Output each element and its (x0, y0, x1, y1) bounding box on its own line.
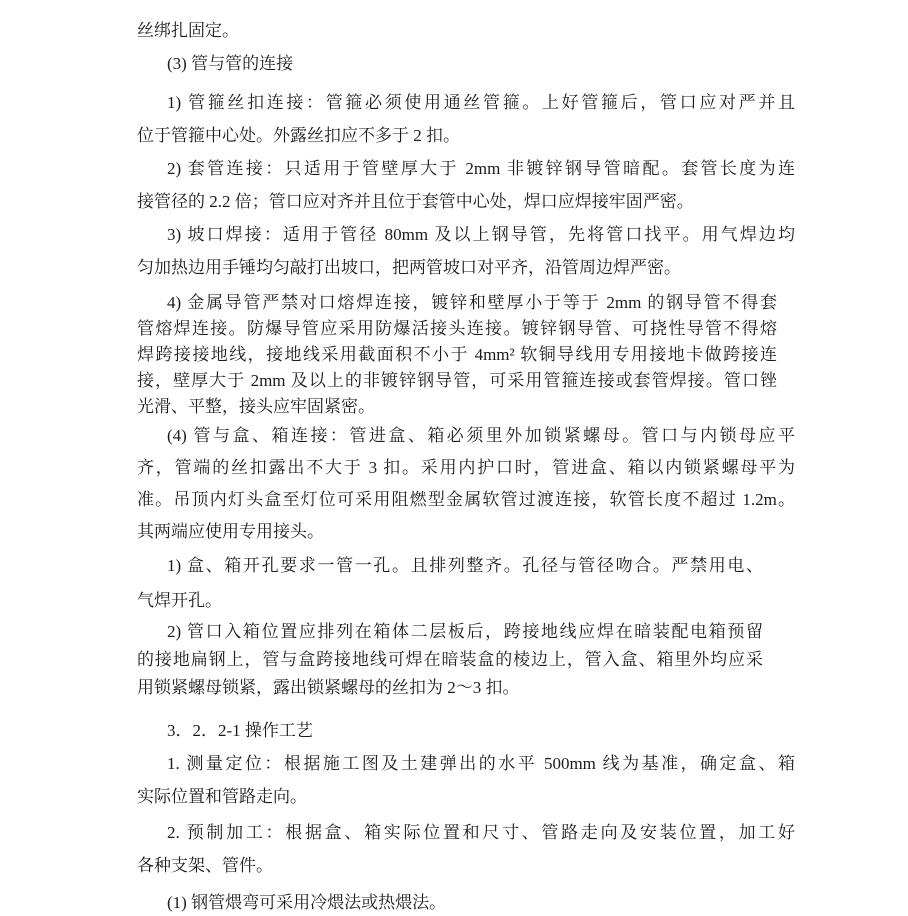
text-line: (4) 管与盒、箱连接：管进盒、箱必须里外加锁紧螺母。管口与内锁母应平 (137, 420, 795, 452)
text-line: 4) 金属导管严禁对口熔焊连接，镀锌和壁厚小于等于 2mm 的钢导管不得套 (137, 290, 777, 316)
para-heading-pipe-to-box: (4) 管与盒、箱连接：管进盒、箱必须里外加锁紧螺母。管口与内锁母应平齐，管端的… (137, 420, 795, 548)
text-line: 准。吊顶内灯头盒至灯位可采用阻燃型金属软管过渡连接，软管长度不超过 1.2m。 (137, 484, 795, 516)
text-line: (1) 钢管煨弯可采用冷煨法或热煨法。 (137, 886, 795, 916)
document-page: 丝绑扎固定。(3) 管与管的连接1) 管箍丝扣连接：管箍必须使用通丝管箍。上好管… (0, 0, 908, 916)
text-line: 实际位置和管路走向。 (137, 780, 795, 813)
text-line: 丝绑扎固定。 (137, 14, 795, 47)
para-item-2-pipe-entry: 2) 管口入箱位置应排列在箱体二层板后，跨接地线应焊在暗装配电箱预留的接地扁钢上… (137, 618, 795, 702)
para-item-4-metal-conduit-rules: 4) 金属导管严禁对口熔焊连接，镀锌和壁厚小于等于 2mm 的钢导管不得套管熔焊… (137, 290, 795, 420)
text-line: 焊跨接接地线，接地线采用截面积不小于 4mm² 软铜导线用专用接地卡做跨接连 (137, 342, 777, 368)
text-line: 齐，管端的丝扣露出不大于 3 扣。采用内护口时，管进盒、箱以内锁紧螺母平为 (137, 452, 795, 484)
text-line: 1) 管箍丝扣连接：管箍必须使用通丝管箍。上好管箍后，管口应对严并且 (137, 86, 795, 119)
text-line: 2) 套管连接：只适用于管壁厚大于 2mm 非镀锌钢导管暗配。套管长度为连 (137, 152, 795, 185)
text-line: 各种支架、管件。 (137, 849, 795, 882)
text-line: 位于管箍中心处。外露丝扣应不多于 2 扣。 (137, 119, 795, 152)
text-line: 3) 坡口焊接：适用于管径 80mm 及以上钢导管，先将管口找平。用气焊边均 (137, 218, 795, 251)
text-line: 其两端应使用专用接头。 (137, 516, 795, 548)
para-item-3-groove-welding: 3) 坡口焊接：适用于管径 80mm 及以上钢导管，先将管口找平。用气焊边均匀加… (137, 218, 795, 284)
document-content: 丝绑扎固定。(3) 管与管的连接1) 管箍丝扣连接：管箍必须使用通丝管箍。上好管… (137, 14, 795, 916)
text-line: 2. 预制加工：根据盒、箱实际位置和尺寸、管路走向及安装位置，加工好 (137, 816, 795, 849)
text-line: (3) 管与管的连接 (137, 47, 795, 80)
para-heading-pipe-to-pipe: (3) 管与管的连接 (137, 47, 795, 80)
para-step-2-1-pipe-bending: (1) 钢管煨弯可采用冷煨法或热煨法。 (137, 886, 795, 916)
text-line: 管熔焊连接。防爆导管应采用防爆活接头连接。镀锌钢导管、可挠性导管不得熔 (137, 316, 777, 342)
text-line: 3．2．2-1 操作工艺 (137, 714, 795, 747)
text-line: 接，壁厚大于 2mm 及以上的非镀锌钢导管，可采用管箍连接或套管焊接。管口锉 (137, 368, 777, 394)
text-line: 匀加热边用手锤均匀敲打出坡口，把两管坡口对平齐，沿管周边焊严密。 (137, 251, 795, 284)
para-step-2-prefabrication: 2. 预制加工：根据盒、箱实际位置和尺寸、管路走向及安装位置，加工好各种支架、管… (137, 816, 795, 882)
text-line: 光滑、平整，接头应牢固紧密。 (137, 394, 777, 420)
text-line: 1. 测量定位：根据施工图及土建弹出的水平 500mm 线为基准，确定盒、箱 (137, 747, 795, 780)
text-line: 接管径的 2.2 倍；管口应对齐并且位于套管中心处，焊口应焊接牢固严密。 (137, 185, 795, 218)
text-line: 用锁紧螺母锁紧，露出锁紧螺母的丝扣为 2～3 扣。 (137, 674, 763, 702)
para-item-1-box-holes: 1) 盒、箱开孔要求一管一孔。且排列整齐。孔径与管径吻合。严禁用电、气焊开孔。 (137, 548, 795, 618)
text-line: 1) 盒、箱开孔要求一管一孔。且排列整齐。孔径与管径吻合。严禁用电、 (137, 548, 763, 583)
para-item-2-sleeve-connection: 2) 套管连接：只适用于管壁厚大于 2mm 非镀锌钢导管暗配。套管长度为连接管径… (137, 152, 795, 218)
para-step-1-measurement-positioning: 1. 测量定位：根据施工图及土建弹出的水平 500mm 线为基准，确定盒、箱实际… (137, 747, 795, 813)
para-section-heading-operation-process: 3．2．2-1 操作工艺 (137, 714, 795, 747)
para-continuation-binding: 丝绑扎固定。 (137, 14, 795, 47)
text-line: 2) 管口入箱位置应排列在箱体二层板后，跨接地线应焊在暗装配电箱预留 (137, 618, 763, 646)
para-item-1-thread-coupling: 1) 管箍丝扣连接：管箍必须使用通丝管箍。上好管箍后，管口应对严并且位于管箍中心… (137, 86, 795, 152)
text-line: 的接地扁钢上，管与盒跨接地线可焊在暗装盒的棱边上，管入盒、箱里外均应采 (137, 646, 763, 674)
text-line: 气焊开孔。 (137, 583, 763, 618)
